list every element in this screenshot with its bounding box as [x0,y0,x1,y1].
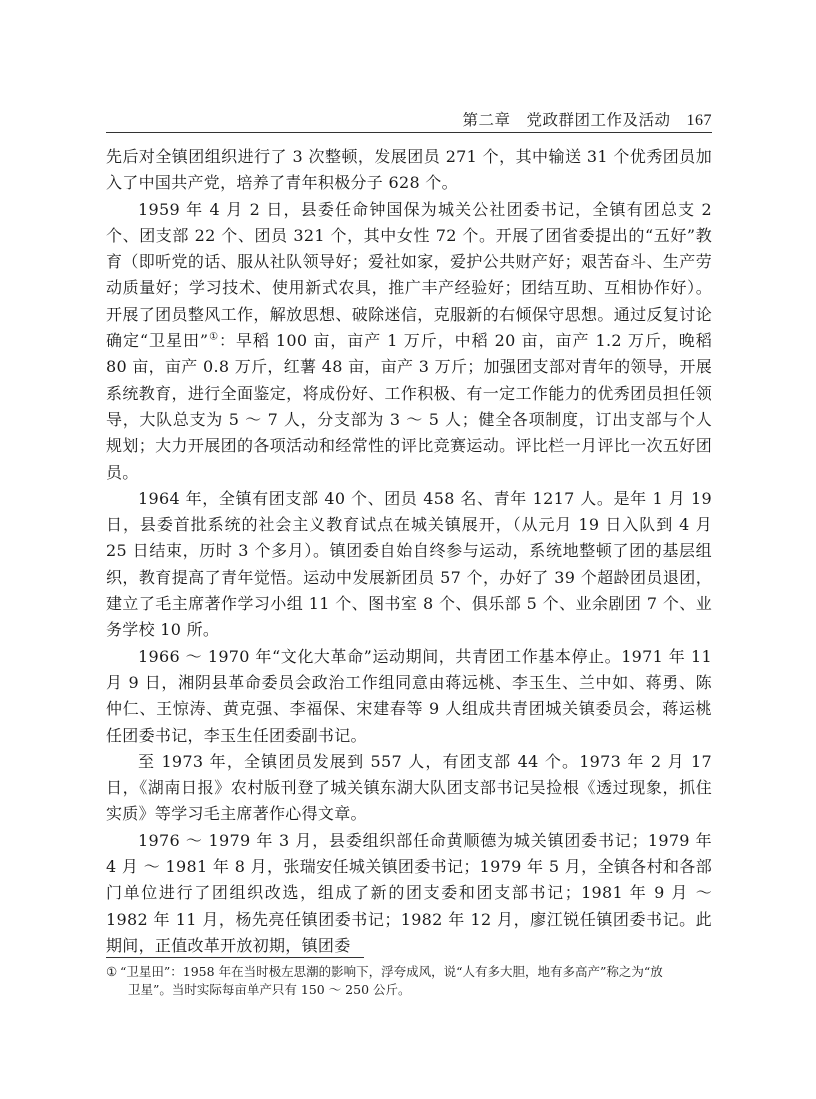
footnote-line-2: 卫星”。当时实际每亩单产只有 150 ～ 250 公斤。 [106,981,712,999]
page-number: 167 [687,112,713,129]
paragraph-3: 1964 年，全镇有团支部 40 个、团员 458 名、青年 1217 人。是年… [106,486,712,644]
paragraph-2: 1959 年 4 月 2 日，县委任命钟国保为城关公社团委书记，全镇有团总支 2… [106,197,712,486]
paragraph-6: 1976 ～ 1979 年 3 月，县委组织部任命黄顺德为城关镇团委书记；197… [106,828,712,959]
paragraph-2-text-a: 1959 年 4 月 2 日，县委任命钟国保为城关公社团委书记，全镇有团总支 2… [106,200,712,350]
header-text: 第二章 党政群团工作及活动167 [462,108,712,130]
footnote-line-1: ①“卫星田”：1958 年在当时极左思潮的影响下，浮夸成风，说“人有多大胆，地有… [106,963,712,981]
footnote-divider [106,957,364,958]
footnote: ①“卫星田”：1958 年在当时极左思潮的影响下，浮夸成风，说“人有多大胆，地有… [106,963,712,999]
footnote-text-1: “卫星田”：1958 年在当时极左思潮的影响下，浮夸成风，说“人有多大胆，地有多… [120,964,663,979]
paragraph-4: 1966 ～ 1970 年“文化大革命”运动期间，共青团工作基本停止。1971 … [106,644,712,749]
paragraph-1: 先后对全镇团组织进行了 3 次整顿，发展团员 271 个，其中输送 31 个优秀… [106,144,712,197]
footnote-mark: ① [106,963,120,981]
running-header: 第二章 党政群团工作及活动167 [106,108,712,133]
paragraph-5: 至 1973 年，全镇团员发展到 557 人，有团支部 44 个。1973 年 … [106,749,712,828]
body-text: 先后对全镇团组织进行了 3 次整顿，发展团员 271 个，其中输送 31 个优秀… [106,144,712,959]
footnote-reference[interactable]: ① [208,332,219,343]
chapter-title: 第二章 党政群团工作及活动 [462,111,670,129]
paragraph-2-text-b: ：早稻 100 亩，亩产 1 万斤，中稻 20 亩，亩产 1.2 万斤，晚稻 8… [106,331,712,481]
